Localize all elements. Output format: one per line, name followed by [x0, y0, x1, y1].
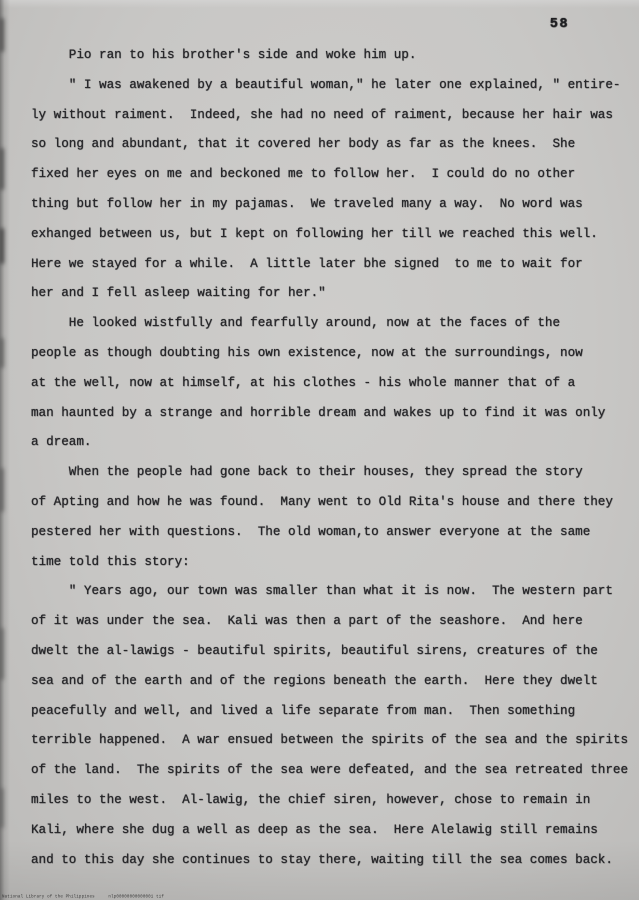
typewritten-line: so long and abundant, that it covered he… — [31, 130, 621, 160]
typewritten-line: man haunted by a strange and horrible dr… — [31, 399, 621, 429]
text-block: Pio ran to his brother's side and woke h… — [31, 41, 621, 875]
scan-artifact — [0, 338, 4, 368]
scanned-page: 58 Pio ran to his brother's side and wok… — [0, 0, 639, 900]
scan-artifact — [0, 788, 4, 828]
typewritten-line: " I was awakened by a beautiful woman," … — [31, 71, 621, 101]
typewritten-line: sea and of the earth and of the regions … — [31, 667, 621, 697]
typewritten-line: time told this story: — [31, 548, 621, 578]
typewritten-line: When the people had gone back to their h… — [31, 458, 621, 488]
typewritten-line: Here we stayed for a while. A little lat… — [31, 250, 621, 280]
library-name: National Library of the Philippines — [2, 894, 95, 899]
scan-artifact — [0, 228, 4, 264]
scan-artifact — [0, 18, 4, 52]
typewritten-line: peacefully and well, and lived a life se… — [31, 697, 621, 727]
scan-artifact — [0, 148, 4, 190]
typewritten-line: her and I fell asleep waiting for her." — [31, 279, 621, 309]
typewritten-line: fixed her eyes on me and beckoned me to … — [31, 160, 621, 190]
scan-edge-shadow — [0, 0, 10, 900]
typewritten-line: at the well, now at himself, at his clot… — [31, 369, 621, 399]
scan-footer: National Library of the Philippinesnlp00… — [2, 894, 178, 899]
typewritten-line: thing but follow her in my pajamas. We t… — [31, 190, 621, 220]
typewritten-line: a dream. — [31, 428, 621, 458]
typewritten-line: of Apting and how he was found. Many wen… — [31, 488, 621, 518]
scan-artifact — [0, 628, 4, 680]
typewritten-line: dwelt the al-lawigs - beautiful spirits,… — [31, 637, 621, 667]
typewritten-line: exhanged between us, but I kept on follo… — [31, 220, 621, 250]
typewritten-line: terrible happened. A war ensued between … — [31, 726, 621, 756]
typewritten-line: pestered her with questions. The old wom… — [31, 518, 621, 548]
typewritten-line: ly without raiment. Indeed, she had no n… — [31, 101, 621, 131]
typewritten-line: of the land. The spirits of the sea were… — [31, 756, 621, 786]
typewritten-line: Kali, where she dug a well as deep as th… — [31, 816, 621, 846]
typewritten-line: " Years ago, our town was smaller than w… — [31, 577, 621, 607]
typewritten-line: of it was under the sea. Kali was then a… — [31, 607, 621, 637]
typewritten-line: people as though doubting his own existe… — [31, 339, 621, 369]
scan-code: nlp00000000000001 tif — [108, 894, 164, 899]
typewritten-line: miles to the west. Al-lawig, the chief s… — [31, 786, 621, 816]
page-number: 58 — [550, 17, 569, 32]
typewritten-line: Pio ran to his brother's side and woke h… — [31, 41, 621, 71]
typewritten-line: He looked wistfully and fearfully around… — [31, 309, 621, 339]
scan-artifact — [0, 468, 4, 512]
typewritten-line: and to this day she continues to stay th… — [31, 846, 621, 876]
